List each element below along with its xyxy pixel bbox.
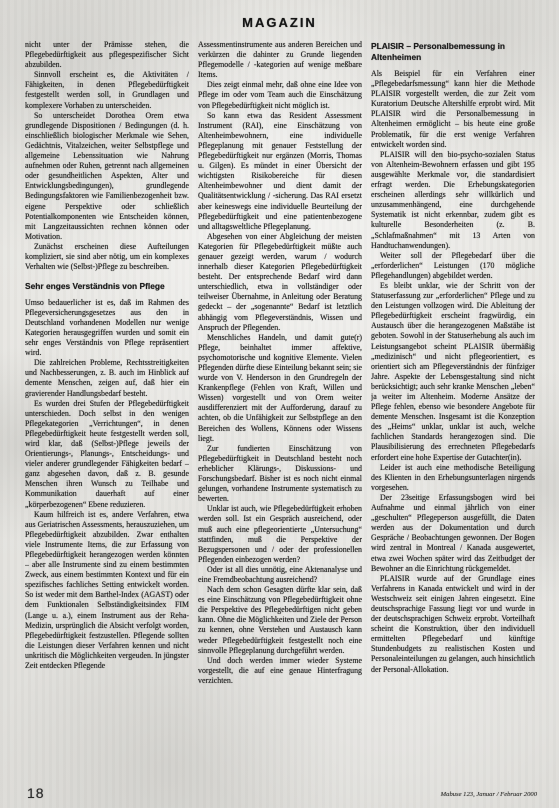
paragraph: Es wurden drei Stufen der Pflegebedürfti… (25, 399, 189, 510)
issue-footer-line: Mabuse 123, Januar / Februar 2000 (441, 791, 537, 798)
column-right: PLAISIR – Personalbemessung in Altenheim… (371, 40, 535, 770)
paragraph: Dies zeigt einmal mehr, daß ohne eine Id… (198, 80, 362, 110)
paragraph: Weiter soll der Pflegebedarf über die „e… (371, 251, 535, 281)
paragraph: Zunächst erscheinen diese Aufteilungen k… (25, 242, 189, 272)
paragraph: Leider ist auch eine methodische Beteili… (371, 463, 535, 493)
paragraph: So kann etwa das Resident Assessment Ins… (198, 111, 362, 232)
paragraph: Und doch werden immer wieder Systeme vor… (198, 656, 362, 686)
column-left: nicht unter der Prämisse stehen, die Pfl… (25, 40, 189, 770)
paragraph: Kaum hilfreich ist es, andere Verfahren,… (25, 510, 189, 672)
paragraph: So unterscheidet Dorothea Orem etwa grun… (25, 111, 189, 242)
paragraph: Sinnvoll erscheint es, die Aktivitäten /… (25, 70, 189, 110)
scanned-page-background: MAGAZIN nicht unter der Prämisse stehen,… (0, 0, 559, 808)
paragraph: Assessmentinstrumente aus anderen Bereic… (198, 40, 362, 80)
magazine-section-title: MAGAZIN (242, 15, 317, 30)
paragraph: PLAISIR will den bio-psycho-sozialen Sta… (371, 150, 535, 251)
section-heading: PLAISIR – Personalbemessung in Altenheim… (371, 41, 535, 62)
paragraph: Menschliches Handeln, und damit gute(r) … (198, 333, 362, 444)
paragraph: Der 23seitige Erfassungsbogen wird bei A… (371, 493, 535, 574)
paragraph: nicht unter der Prämisse stehen, die Pfl… (25, 40, 189, 70)
paragraph: Es bleibt unklar, wie der Schritt von de… (371, 281, 535, 463)
paragraph: Die zahlreichen Probleme, Rechtsstreitig… (25, 358, 189, 398)
paragraph: Zur fundierten Einschätzung von Pflegebe… (198, 444, 362, 505)
paragraph: Als Beispiel für ein Verfahren einer „Pf… (371, 69, 535, 150)
article-columns: nicht unter der Prämisse stehen, die Pfl… (25, 40, 535, 770)
paragraph: Umso bedauerlicher ist es, daß im Rahmen… (25, 298, 189, 359)
column-middle: Assessmentinstrumente aus anderen Bereic… (198, 40, 362, 770)
paragraph: Abgesehen von einer Abgleichung der meis… (198, 232, 362, 333)
paragraph: Oder ist all dies unnötig, eine Aktenana… (198, 565, 362, 585)
page-header: MAGAZIN (0, 14, 559, 32)
section-heading: Sehr enges Verständnis von Pflege (25, 281, 189, 292)
paragraph: Nach dem schon Gesagten dürfte klar sein… (198, 585, 362, 656)
paragraph: PLAISIR wurde auf der Grundlage eines Ve… (371, 574, 535, 675)
page-number: 18 (27, 785, 45, 801)
paragraph: Unklar ist auch, wie Pflegebedürftigkeit… (198, 504, 362, 565)
